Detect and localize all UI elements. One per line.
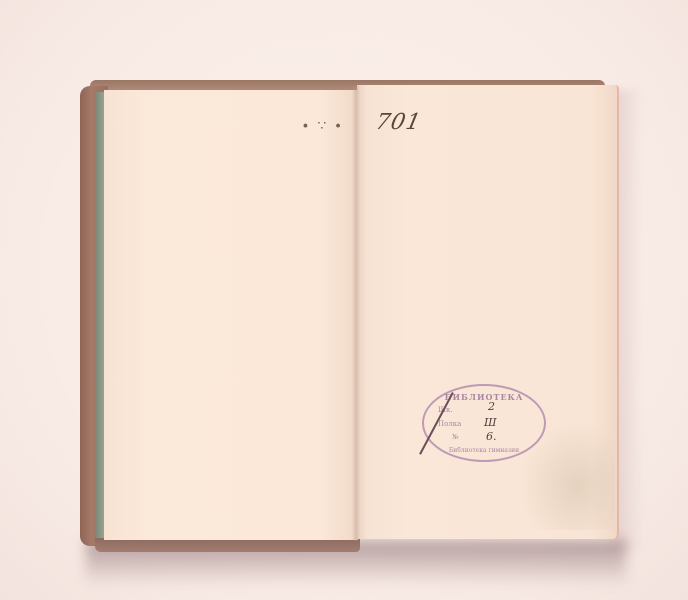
book-gutter: [352, 86, 360, 541]
cover-edge-strip: [96, 92, 104, 538]
left-page: [104, 90, 358, 540]
library-stamp: БИБЛИОТЕКА Шк. Полка № 2 Ш 6. Библиотека…: [422, 384, 546, 462]
stamp-value-2: Ш: [484, 416, 497, 429]
handwritten-number: 701: [373, 110, 423, 135]
stamp-line-2: Полка: [438, 420, 461, 428]
stamp-value-1: 2: [488, 400, 495, 413]
stamp-line-3: №: [452, 433, 459, 441]
stamp-title: БИБЛИОТЕКА: [424, 392, 544, 402]
pencil-marks: ∙ ∵ ∙: [302, 118, 344, 134]
stamp-bottom-text: Библиотека гимназии: [424, 447, 544, 454]
stamp-value-3: 6.: [486, 430, 497, 443]
background: ∙ ∵ ∙ 701 БИБЛИОТЕКА Шк. Полка № 2 Ш 6. …: [0, 0, 688, 600]
book-bottom-cover: [95, 538, 360, 552]
